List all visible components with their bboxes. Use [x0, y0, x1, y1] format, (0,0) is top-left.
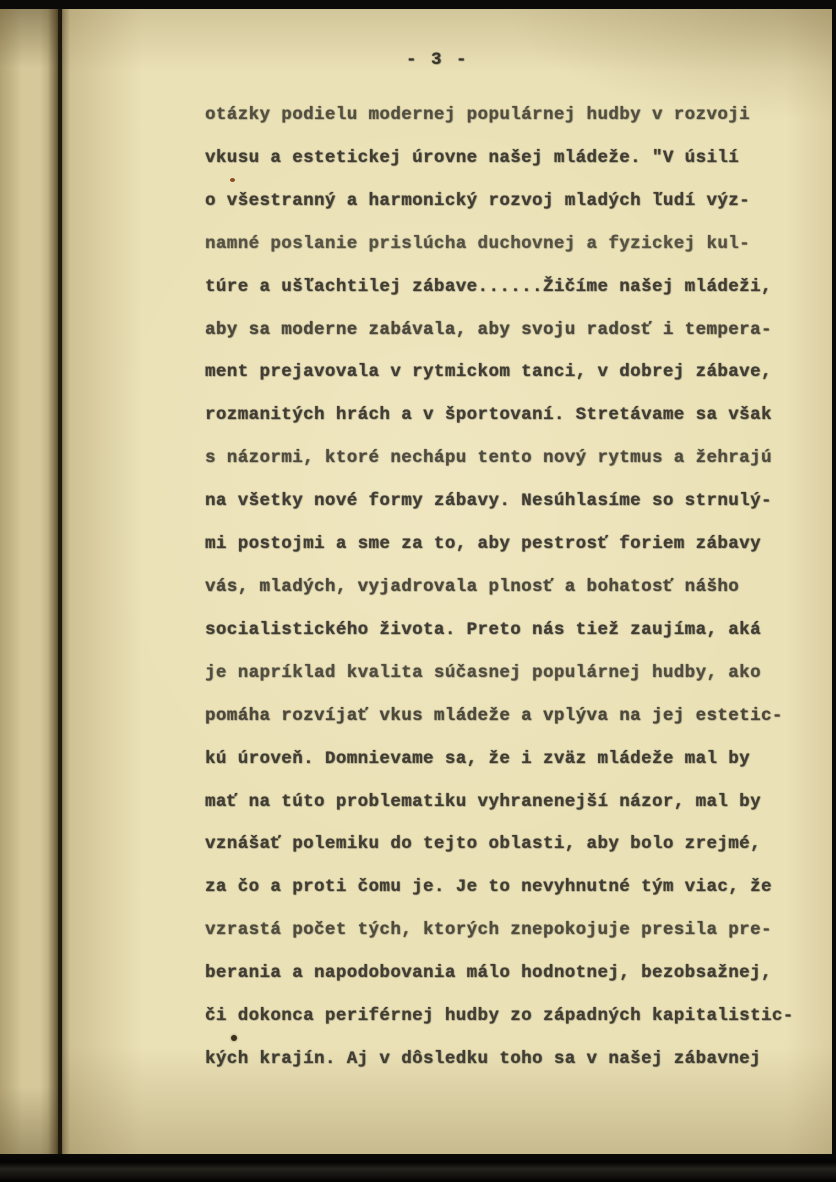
text-line: rozmanitých hrách a v športovaní. Stretá…	[205, 394, 813, 437]
text-line: o všestranný a harmonický rozvoj mladých…	[205, 180, 813, 223]
scanned-document-page: - 3 - otázky podielu modernej populárnej…	[0, 0, 836, 1182]
text-line: či dokonca periférnej hudby zo západných…	[205, 995, 813, 1038]
binding-fold-shadow	[48, 8, 70, 1156]
text-line: mi postojmi a sme za to, aby pestrosť fo…	[205, 523, 813, 566]
text-line: otázky podielu modernej populárnej hudby…	[205, 94, 813, 137]
text-line: vzrastá počet tých, ktorých znepokojuje …	[205, 909, 813, 952]
text-line: kých krajín. Aj v dôsledku toho sa v naš…	[205, 1038, 813, 1081]
text-line: pomáha rozvíjať vkus mládeže a vplýva na…	[205, 695, 813, 738]
text-line: túre a ušľachtilej zábave......Žičíme na…	[205, 266, 813, 309]
text-line: kú úroveň. Domnievame sa, že i zväz mlád…	[205, 738, 813, 781]
text-line: berania a napodobovania málo hodnotnej, …	[205, 952, 813, 995]
text-line: namné poslanie prislúcha duchovnej a fyz…	[205, 223, 813, 266]
text-line: aby sa moderne zabávala, aby svoju rados…	[205, 309, 813, 352]
scanner-border-bottom	[0, 1154, 836, 1182]
text-line: vkusu a estetickej úrovne našej mládeže.…	[205, 137, 813, 180]
text-line: socialistického života. Preto nás tiež z…	[205, 609, 813, 652]
text-line: ment prejavovala v rytmickom tanci, v do…	[205, 351, 813, 394]
text-line: je napríklad kvalita súčasnej populárnej…	[205, 652, 813, 695]
text-line: za čo a proti čomu je. Je to nevyhnutné …	[205, 866, 813, 909]
text-line: mať na túto problematiku vyhranenejší ná…	[205, 781, 813, 824]
scanner-border-right	[832, 0, 836, 1182]
typewritten-body: otázky podielu modernej populárnej hudby…	[205, 94, 813, 1081]
page-number: - 3 -	[406, 50, 469, 70]
text-line: s názormi, ktoré nechápu tento nový rytm…	[205, 437, 813, 480]
text-line: na všetky nové formy zábavy. Nesúhlasíme…	[205, 480, 813, 523]
scanner-border-top	[0, 0, 836, 9]
text-line: vás, mladých, vyjadrovala plnosť a bohat…	[205, 566, 813, 609]
text-line: vznášať polemiku do tejto oblasti, aby b…	[205, 823, 813, 866]
